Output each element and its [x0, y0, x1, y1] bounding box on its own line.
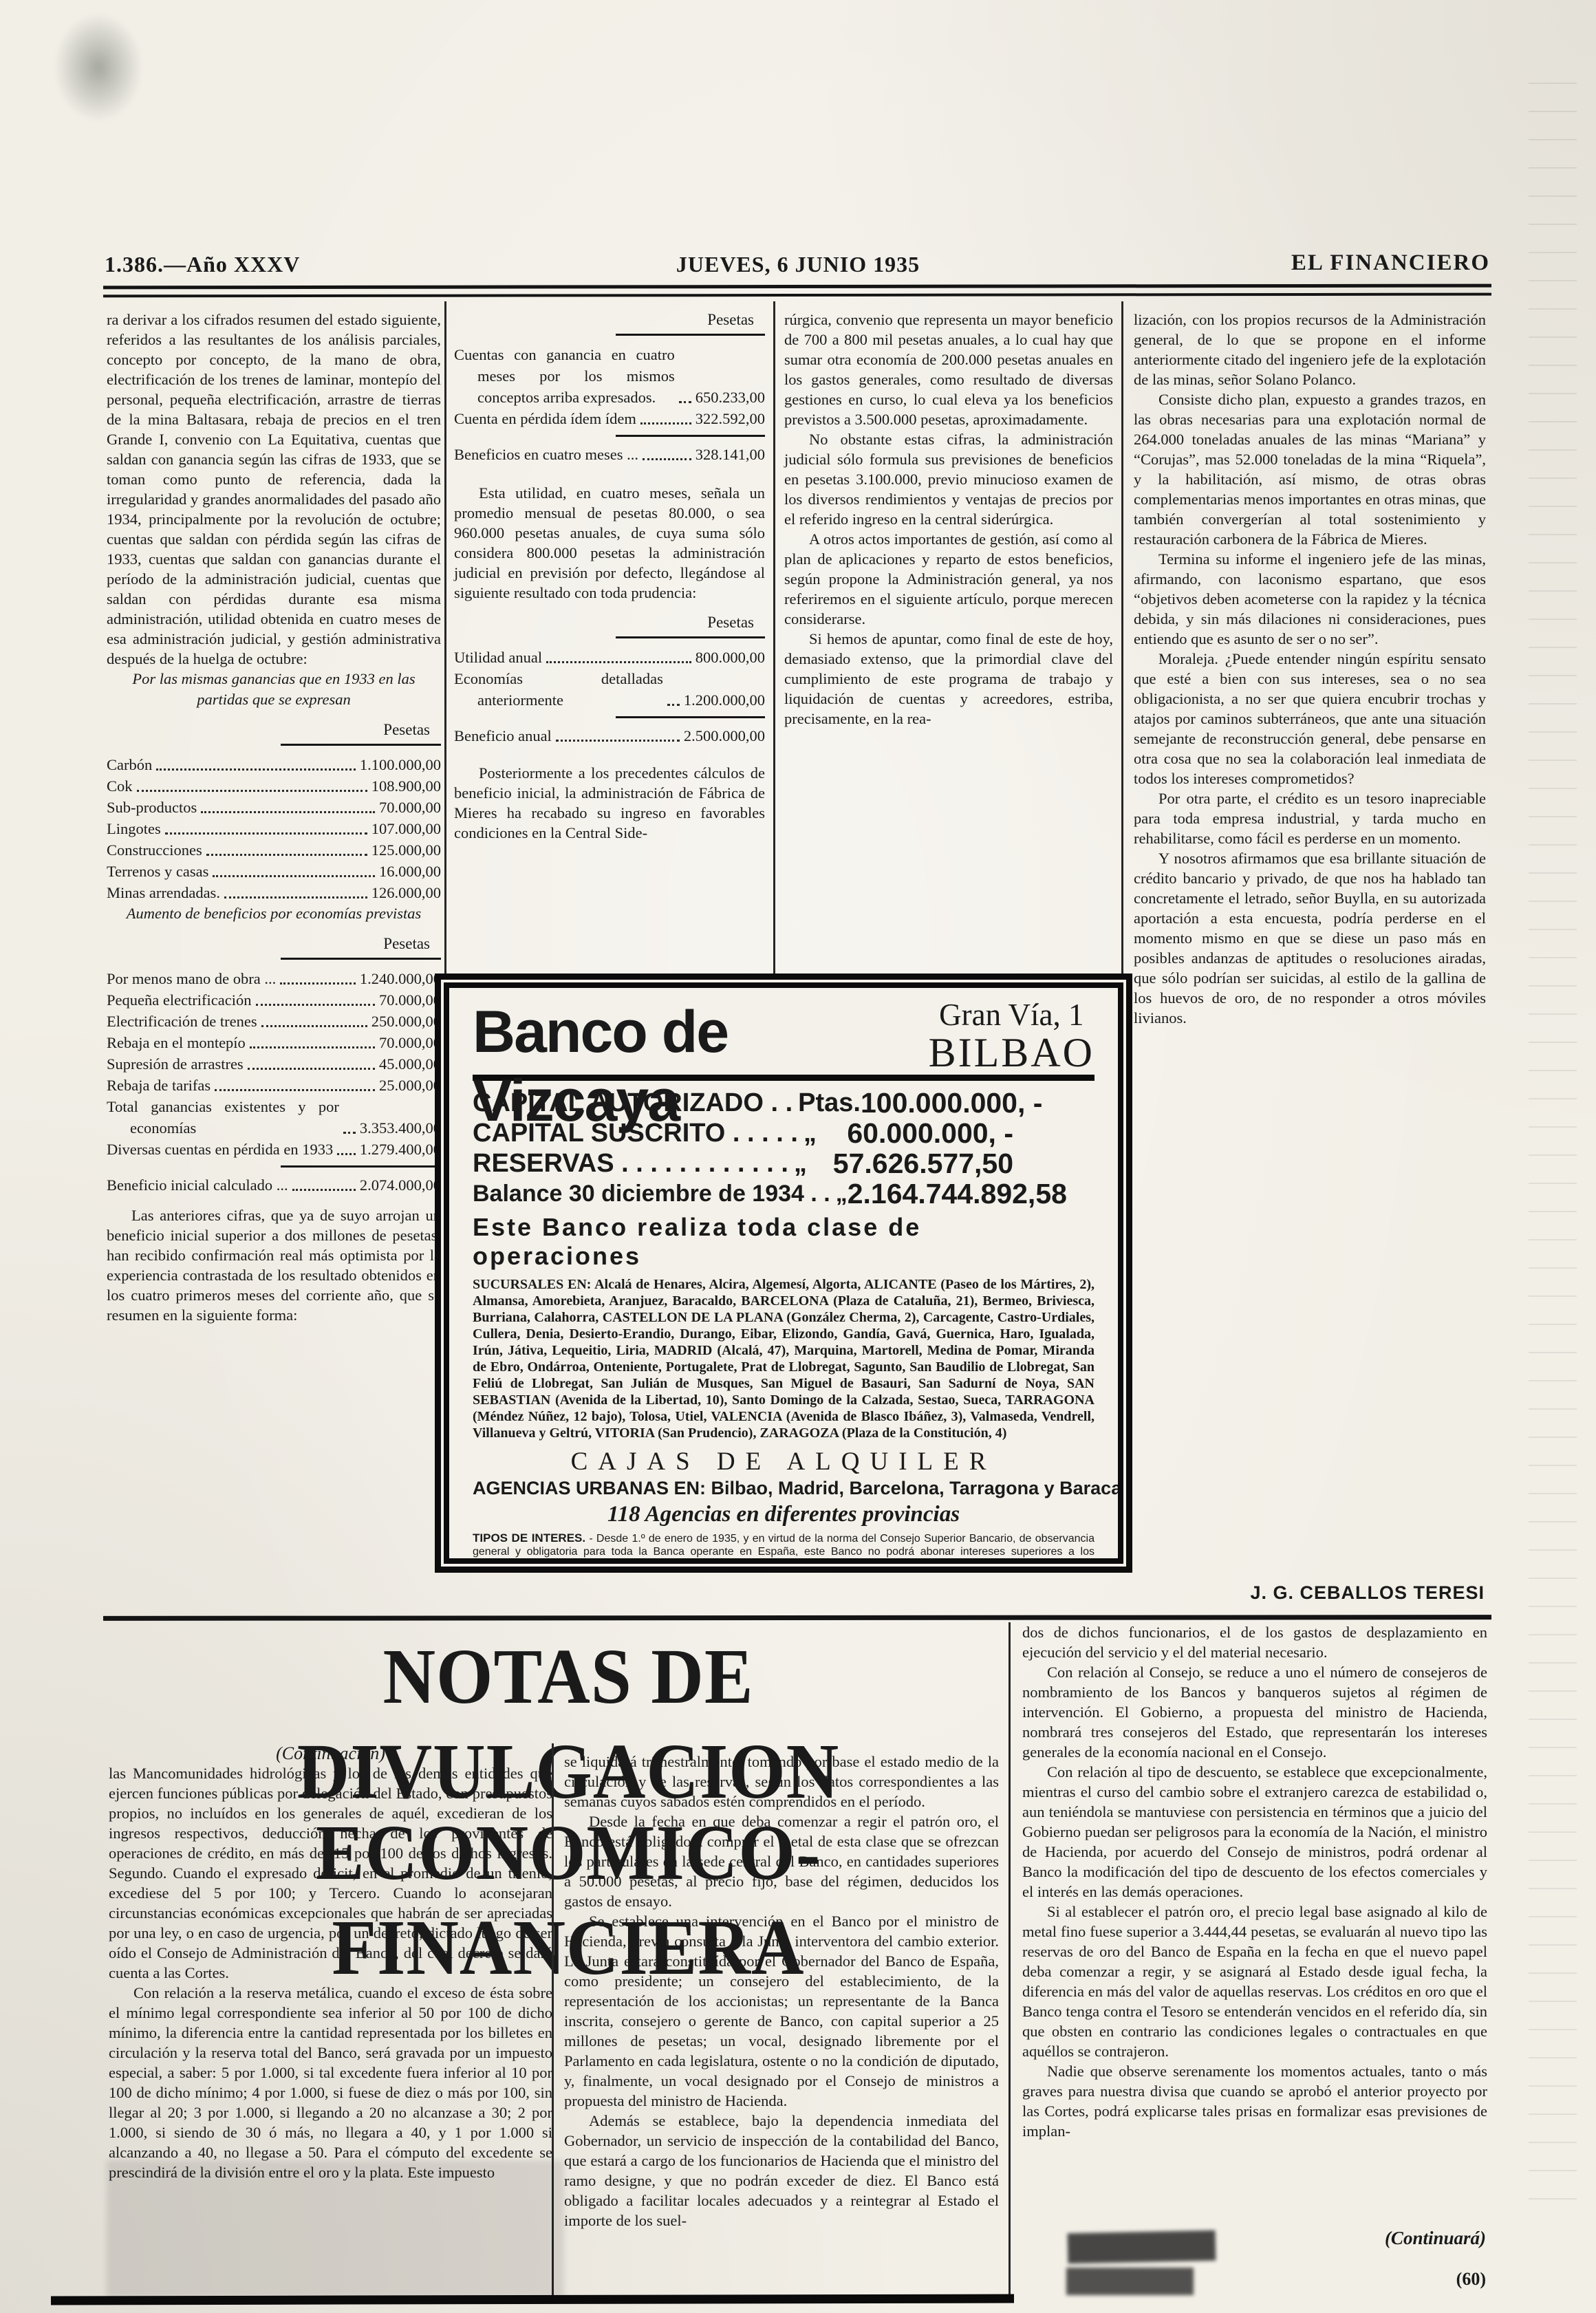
table-row: Total ganancias existentes y por economí…: [107, 1096, 441, 1139]
ink-smear: [107, 2160, 564, 2298]
table-row: Sub-productos70.000,00: [107, 797, 441, 818]
article-column-4: lización, con los propios recursos de la…: [1134, 310, 1486, 1603]
paragraph: Y nosotros afirmamos que esa brillante s…: [1134, 848, 1486, 1028]
pesetas-header: Pesetas: [454, 612, 765, 632]
ad-row: CAPITAL AUTORIZADO . .Ptas.100.000.000, …: [473, 1088, 1094, 1118]
table-row: Cuenta en pérdida ídem ídem322.592,00: [454, 408, 765, 429]
article-column-1: ra derivar a los cifrados resumen del es…: [107, 310, 441, 1325]
table-subhead: Por las mismas ganancias que en 1933 en …: [107, 669, 441, 710]
table-row: Cok108.900,00: [107, 775, 441, 797]
paragraph: A otros actos importantes de gestión, as…: [784, 529, 1113, 629]
paragraph: Termina su informe el ingeniero jefe de …: [1134, 549, 1486, 649]
financial-table: Carbón1.100.000,00 Cok108.900,00 Sub-pro…: [107, 754, 441, 903]
ad-city: BILBAO: [929, 1031, 1094, 1075]
table-rule: [616, 636, 765, 638]
paragraph: las Mancomunidades hidrológicas y los de…: [109, 1763, 552, 1983]
table-total-row: Beneficio inicial calculado ...2.074.000…: [107, 1174, 441, 1196]
ad-row: RESERVAS . . . . . . . . . . . .„57.626.…: [473, 1148, 1094, 1179]
column-rule: [1121, 301, 1123, 982]
header-rule-bottom: [103, 293, 1491, 298]
table-row: Minas arrendadas.126.000,00: [107, 882, 441, 903]
column-rule: [773, 301, 775, 982]
masthead: EL FINANCIERO: [1291, 250, 1490, 276]
table-row: Rebaja de tarifas25.000,00: [107, 1075, 441, 1096]
scan-edge-noise: [1529, 83, 1577, 2215]
pesetas-header: Pesetas: [454, 310, 765, 330]
table-row: Diversas cuentas en pérdida en 19331.279…: [107, 1139, 441, 1160]
paragraph: Nadie que observe serenamente los moment…: [1022, 2061, 1487, 2141]
ad-tagline: Este Banco realiza toda clase de operaci…: [473, 1213, 1094, 1271]
financial-table: Por menos mano de obra ...1.240.000,00 P…: [107, 968, 441, 1196]
ad-urban-agencies: AGENCIAS URBANAS EN: Bilbao, Madrid, Bar…: [473, 1478, 1094, 1499]
to-be-continued-note: (Continuará): [1211, 2228, 1486, 2249]
table-total-row: Beneficio anual2.500.000,00: [454, 725, 765, 746]
financial-table: Cuentas con ganancia en cuatro meses por…: [454, 344, 765, 465]
ad-row: CAPITAL SUSCRITO . . . . .„60.000.000, -: [473, 1118, 1094, 1148]
paragraph: Consiste dicho plan, expuesto a grandes …: [1134, 389, 1486, 549]
ad-address: Gran Vía, 1 BILBAO: [929, 998, 1094, 1075]
paragraph: dos de dichos funcionarios, el de los ga…: [1022, 1622, 1487, 1662]
paragraph: Si al establecer el patrón oro, el preci…: [1022, 1902, 1487, 2061]
ad-capital-table: CAPITAL AUTORIZADO . .Ptas.100.000.000, …: [473, 1088, 1094, 1209]
paragraph: Por otra parte, el crédito es un tesoro …: [1134, 788, 1486, 848]
table-row: Cuentas con ganancia en cuatro meses por…: [454, 344, 765, 408]
header-rule-top: [103, 284, 1491, 290]
page-number: (60): [1383, 2269, 1486, 2290]
paragraph: Las anteriores cifras, que ya de suyo ar…: [107, 1205, 441, 1325]
paragraph: Con relación a la reserva metálica, cuan…: [109, 1983, 552, 2182]
paragraph: Con relación al Consejo, se reduce a uno…: [1022, 1662, 1487, 1762]
bank-advertisement: Banco de Vizcaya Gran Vía, 1 BILBAO CAPI…: [444, 982, 1123, 1564]
paragraph: No obstante estas cifras, la administrac…: [784, 429, 1113, 529]
paragraph: se liquidará trimestralmente, tomando po…: [564, 1752, 999, 1811]
article-column-3: rúrgica, convenio que representa un mayo…: [784, 310, 1113, 729]
paragraph: Moraleja. ¿Puede entender ningún espírit…: [1134, 649, 1486, 788]
ink-stamp-smudge: [1066, 2268, 1194, 2295]
table-row: Carbón1.100.000,00: [107, 754, 441, 775]
table-rule: [281, 744, 441, 746]
continuation-note: (Continuación): [109, 1743, 552, 1763]
paragraph: Además se establece, bajo la dependencia…: [564, 2111, 999, 2230]
paragraph: Desde la fecha en que deba comenzar a re…: [564, 1811, 999, 1911]
table-row: Terrenos y casas16.000,00: [107, 861, 441, 882]
section2-column-1: (Continuación) las Mancomunidades hidrol…: [109, 1743, 552, 2182]
paragraph: Posteriormente a los precedentes cálculo…: [454, 763, 765, 843]
section2-column-2: se liquidará trimestralmente, tomando po…: [564, 1752, 999, 2230]
ad-rates-lead: TIPOS DE INTERES.: [473, 1531, 585, 1545]
row-label: Carbón: [107, 754, 152, 775]
ink-stamp-smudge: [1068, 2230, 1216, 2263]
table-row: Lingotes107.000,00: [107, 818, 441, 839]
pesetas-header: Pesetas: [107, 934, 441, 954]
table-row: Utilidad anual800.000,00: [454, 647, 765, 668]
ad-interest-rates: TIPOS DE INTERES. - Desde 1.º de enero d…: [473, 1531, 1094, 1564]
column-rule: [444, 301, 446, 982]
table-row: Por menos mano de obra ...1.240.000,00: [107, 968, 441, 989]
table-row: Rebaja en el montepío70.000,00: [107, 1032, 441, 1053]
newspaper-page: { "header": { "issue": "1.386.—Año XXXV"…: [0, 0, 1596, 2313]
paragraph: Se establece una intervención en el Banc…: [564, 1911, 999, 2111]
ad-safe-deposit: CAJAS DE ALQUILER: [473, 1447, 1094, 1476]
table-row: Economías detalladas anteriormente1.200.…: [454, 668, 765, 711]
author-signature: J. G. CEBALLOS TERESI: [1134, 1583, 1486, 1603]
financial-table: Utilidad anual800.000,00 Economías detal…: [454, 647, 765, 746]
scan-edge-bar: [51, 2294, 1014, 2305]
ad-street: Gran Vía, 1: [929, 999, 1094, 1031]
paragraph: Esta utilidad, en cuatro meses, señala u…: [454, 483, 765, 603]
table-row: Electrificación de trenes250.000,00: [107, 1011, 441, 1032]
paragraph: lización, con los propios recursos de la…: [1134, 310, 1486, 389]
dot-leader: [156, 768, 356, 771]
ad-agencies-count: 118 Agencias en diferentes provincias: [473, 1502, 1094, 1527]
paragraph: ra derivar a los cifrados resumen del es…: [107, 310, 441, 669]
table-total-row: Beneficios en cuatro meses ...328.141,00: [454, 444, 765, 465]
row-value: 1.100.000,00: [360, 754, 441, 775]
ad-row: Balance 30 diciembre de 1934 . .„2.164.7…: [473, 1179, 1094, 1209]
table-row: Pequeña electrificación70.000,00: [107, 989, 441, 1011]
table-rule: [281, 958, 441, 960]
pesetas-header: Pesetas: [107, 720, 441, 740]
table-rule: [616, 716, 765, 718]
table-rule: [616, 334, 765, 336]
paragraph: Si hemos de apuntar, como final de este …: [784, 629, 1113, 729]
table-rule: [281, 1165, 441, 1168]
table-rule: [616, 435, 765, 437]
article-column-2: Pesetas Cuentas con ganancia en cuatro m…: [454, 310, 765, 843]
table-row: Construcciones125.000,00: [107, 839, 441, 861]
ad-branches-list: SUCURSALES EN: Alcalá de Henares, Alcira…: [473, 1276, 1094, 1441]
table-row: Supresión de arrastres45.000,00: [107, 1053, 441, 1075]
paragraph: rúrgica, convenio que representa un mayo…: [784, 310, 1113, 429]
paragraph: Con relación al tipo de descuento, se es…: [1022, 1762, 1487, 1902]
section2-column-3: dos de dichos funcionarios, el de los ga…: [1022, 1622, 1487, 2141]
table-subhead: Aumento de beneficios por economías prev…: [107, 903, 441, 924]
column-rule: [1009, 1622, 1011, 2299]
section-separator-rule: [103, 1615, 1491, 1621]
scan-smudge: [54, 12, 143, 122]
